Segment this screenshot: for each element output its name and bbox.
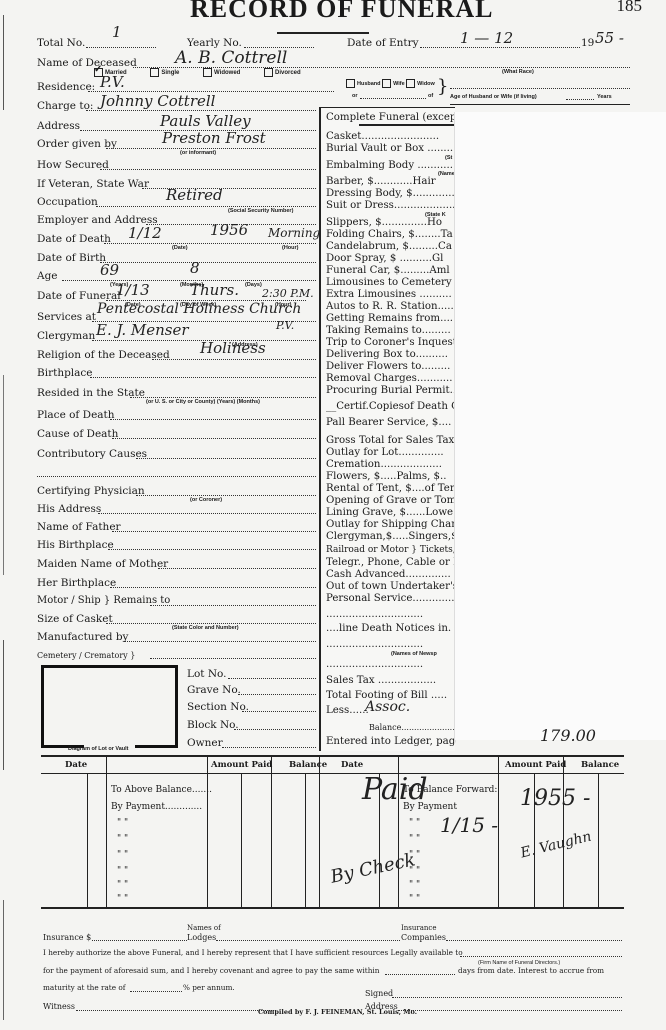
age-months-value[interactable]: 8 xyxy=(190,261,200,276)
ledger-right-amount-header: Amount Paid xyxy=(505,760,566,770)
charge-cash-advanced: Cash Advanced.............. xyxy=(326,569,456,581)
informant-hint: (or informant) xyxy=(180,150,216,156)
charge-autos-station: Autos to R. R. Station..... xyxy=(326,301,456,313)
residence-label: Residence: xyxy=(37,81,95,93)
checkbox-divorced[interactable] xyxy=(264,68,273,77)
owner-line xyxy=(222,747,316,748)
charge-coroner-trip: Trip to Coroner's Inquest . xyxy=(326,337,456,349)
or-line xyxy=(360,98,426,99)
checkbox-widowed[interactable] xyxy=(203,68,212,77)
ledger-left-row-7: " " xyxy=(117,880,128,890)
age-spouse-line xyxy=(566,99,594,100)
charge-out-of-town: Out of town Undertaker's xyxy=(326,581,456,593)
birthplace-line xyxy=(90,377,316,378)
charge-delivering-box: Delivering Box to.......... xyxy=(326,349,456,361)
charge-flowers-palms: Flowers, $.....Palms, $.. xyxy=(326,471,456,483)
age-label: Age xyxy=(37,270,58,282)
charge-barber: Barber, $............Hair xyxy=(326,176,456,188)
date-of-entry-label: Date of Entry xyxy=(347,37,419,49)
clergyman-value[interactable]: E. J. Menser xyxy=(96,323,189,338)
marital-status-group: Married Single Widowed Divorced xyxy=(94,68,323,77)
charge-to-value[interactable]: Johnny Cottrell xyxy=(100,94,215,109)
ledger-left-row-3: " " xyxy=(117,818,128,828)
date-hint: (Date) xyxy=(172,245,188,251)
paid-date-annotation: 1/15 - xyxy=(440,815,498,835)
lot-diagram-caption: Diagram of Lot or Vault xyxy=(68,746,129,752)
charge-burial-permit: Procuring Burial Permit... xyxy=(326,385,456,397)
lot-diagram-box xyxy=(41,665,178,748)
newspapers-hint: (Names of Newsp xyxy=(391,651,437,657)
charge-personal-service: Personal Service............. xyxy=(326,593,456,605)
section-no-label: Section No. xyxy=(187,701,249,713)
clergyman-address-value[interactable]: P.V. xyxy=(276,318,294,333)
name-hint: (Name xyxy=(438,171,455,177)
ledger-left-row-5: " " xyxy=(117,850,128,860)
certifying-physician-label: Certifying Physician xyxy=(37,485,145,497)
address-value[interactable]: Pauls Valley xyxy=(160,114,251,129)
funeral-day-value[interactable]: Thurs. xyxy=(190,283,239,298)
charge-rental-tent: Rental of Tent, $....of Ter xyxy=(326,483,456,495)
resided-label: Resided in the State xyxy=(37,387,145,399)
hour-hint: (Hour) xyxy=(282,245,299,251)
religion-label: Religion of the Deceased xyxy=(37,349,170,361)
remains-to-line xyxy=(150,605,316,606)
charge-limousines-cemetery: Limousines to Cemetery ... xyxy=(326,277,456,289)
charge-funeral-car: Funeral Car, $.........Aml xyxy=(326,265,456,277)
contributory-causes-line xyxy=(136,458,316,459)
clergyman-label: Clergyman xyxy=(37,330,95,342)
years-label: Years xyxy=(597,94,612,100)
his-address-line xyxy=(98,513,316,514)
charge-gross-total: Gross Total for Sales Tax.. xyxy=(326,435,456,447)
her-birthplace-line xyxy=(110,587,316,588)
maturity-text: maturity at the rate of xyxy=(43,983,125,992)
ledger-left-row-2: By Payment............. xyxy=(111,802,202,812)
ledger-left-row-1: To Above Balance....... xyxy=(111,785,212,795)
signed-line[interactable] xyxy=(392,997,622,998)
date-of-death-line xyxy=(104,243,316,244)
charge-folding-chairs: Folding Chairs, $........Ta xyxy=(326,229,456,241)
ledger-left-amount-header: Amount Paid xyxy=(211,760,272,770)
document-title: RECORD OF FUNERAL xyxy=(190,0,493,24)
name-of-deceased-value[interactable]: A. B. Cottrell xyxy=(175,51,287,66)
binding-mark xyxy=(3,640,4,770)
veteran-label: If Veteran, State War xyxy=(37,178,149,190)
date-of-death-year[interactable]: 1956 xyxy=(210,223,248,238)
religion-value[interactable]: Holiness xyxy=(200,341,266,356)
charge-opening-grave: Opening of Grave or Tomb xyxy=(326,495,456,507)
age-line xyxy=(62,280,316,281)
charge-shipping: Outlay for Shipping Charge xyxy=(326,519,456,531)
lodges-label: Lodges xyxy=(187,933,216,942)
authorize-text: I hereby authorize the above Funeral, an… xyxy=(43,948,463,957)
year-value[interactable]: 55 - xyxy=(595,31,624,46)
total-no-line xyxy=(86,47,156,48)
payment-text: for the payment of aforesaid sum, and I … xyxy=(43,966,379,975)
witness-line[interactable] xyxy=(76,1010,276,1011)
grave-no-label: Grave No. xyxy=(187,684,241,696)
coroner-hint: (or Coroner) xyxy=(190,497,222,503)
charge-blank-1: .............................. xyxy=(326,609,456,621)
cause-of-death-line xyxy=(112,438,316,439)
charge-death-certificates: __Certif.Copiesof Death Ce xyxy=(326,401,456,413)
date-of-death-label: Date of Death xyxy=(37,233,111,245)
witness-label: Witness xyxy=(43,1002,75,1011)
compiled-by: Compiled by F. J. FEINEMAN, St. Louis, M… xyxy=(258,1008,417,1016)
days-line xyxy=(385,974,455,975)
name-of-father-line xyxy=(112,531,316,532)
charge-clergyman-singers: Clergyman,$.....Singers,$ xyxy=(326,531,456,543)
cemetery-line xyxy=(150,658,316,659)
charge-blank-3: .............................. xyxy=(326,659,456,671)
funeral-date-value[interactable]: 1/13 xyxy=(116,283,150,298)
charge-tickets: Railroad or Motor } Tickets, $....... xyxy=(326,544,456,556)
lot-no-label: Lot No. xyxy=(187,668,227,680)
page-number: 185 xyxy=(617,0,643,16)
ledger-left-row-6: " " xyxy=(117,866,128,876)
state-k-hint: (State K xyxy=(425,212,446,218)
cemetery-label: Cemetery / Crematory } xyxy=(37,650,135,662)
maiden-name-line xyxy=(158,568,316,569)
manufactured-by-line xyxy=(124,641,316,642)
her-birthplace-label: Her Birthplace xyxy=(37,577,116,589)
birthplace-label: Birthplace xyxy=(37,367,93,379)
brace: } xyxy=(437,78,448,96)
charge-removal: Removal Charges........... xyxy=(326,373,456,385)
ledger-right-row-8: " " xyxy=(409,894,420,904)
charge-to-label: Charge to: xyxy=(37,100,93,112)
occupation-line xyxy=(96,206,316,207)
or-label: or xyxy=(352,93,358,99)
his-birthplace-line xyxy=(108,549,316,550)
charge-death-notices: ....line Death Notices in. xyxy=(326,623,456,635)
what-race-hint: (What Race) xyxy=(502,69,534,75)
age-spouse-label: Age of Husband or Wife (if living) xyxy=(450,94,537,100)
charge-slippers: Slippers, $..............Ho xyxy=(326,217,456,229)
ledger-left-row-4: " " xyxy=(117,834,128,844)
title-underline xyxy=(277,32,369,34)
total-no-value[interactable]: 1 xyxy=(112,25,122,40)
grave-no-line xyxy=(238,694,316,695)
binding-mark xyxy=(3,15,4,110)
block-no-line xyxy=(234,729,316,730)
date-of-entry-value[interactable]: 1 — 12 xyxy=(460,31,513,46)
his-birthplace-label: His Birthplace xyxy=(37,539,114,551)
date-of-birth-label: Date of Birth xyxy=(37,252,106,264)
less-value[interactable]: Assoc. xyxy=(365,700,410,715)
of-label: of xyxy=(428,93,433,99)
cause-of-death-label: Cause of Death xyxy=(37,428,118,440)
charge-entered-ledger: Entered into Ledger, page.......or below… xyxy=(326,736,456,748)
paid-amount-annotation: 1955 - xyxy=(520,788,590,810)
date-of-birth-line xyxy=(100,262,316,263)
charge-blank-2: .............................. xyxy=(326,639,456,651)
ledger-left: Date Amount Paid Balance To Above Balanc… xyxy=(41,755,319,909)
marital-divorced[interactable]: Divorced xyxy=(264,70,301,76)
occupation-label: Occupation xyxy=(37,196,98,208)
size-of-casket-label: Size of Casket xyxy=(37,613,113,625)
spouse-rule xyxy=(450,104,630,105)
charge-candelabrum: Candelabrum, $.........Ca xyxy=(326,241,456,253)
contributory-causes-label: Contributory Causes xyxy=(37,448,147,460)
rate-line xyxy=(130,991,182,992)
funeral-hour-value[interactable]: 2:30 P.M. xyxy=(262,286,314,301)
marital-single[interactable]: Single xyxy=(150,70,179,76)
state-hint: (St xyxy=(445,155,452,161)
charge-pall-bearer: Pall Bearer Service, $.... U xyxy=(326,417,456,429)
balance-value[interactable]: 179.00 xyxy=(540,728,596,743)
charge-to-line xyxy=(86,110,316,111)
spouse-name-line xyxy=(450,88,630,89)
checkbox-single[interactable] xyxy=(150,68,159,77)
date-of-entry-line xyxy=(420,47,580,48)
resided-line xyxy=(130,397,316,398)
charge-cremation: Cremation................... xyxy=(326,459,456,471)
address-line-footer[interactable] xyxy=(398,1010,622,1011)
size-of-casket-line xyxy=(106,623,316,624)
religion-line xyxy=(152,359,316,360)
total-no-label: Total No. xyxy=(37,37,85,49)
lodges-line xyxy=(216,940,400,941)
lodges-label-top: Names of xyxy=(187,924,221,932)
charge-dressing-body: Dressing Body, $............... xyxy=(326,188,456,200)
firm-name-line xyxy=(460,956,622,957)
charge-extra-limousines: Extra Limousines .......... xyxy=(326,289,456,301)
days-text: days from date. Interest to accrue from xyxy=(458,966,604,975)
charge-telegram: Telegr., Phone, Cable or Ra xyxy=(326,557,456,569)
order-given-by-label: Order given by xyxy=(37,138,117,150)
ledger-right-date-header: Date xyxy=(341,760,363,770)
days-hint: (Days) xyxy=(245,282,262,288)
companies-label: Companies xyxy=(401,933,446,942)
age-years-value[interactable]: 69 xyxy=(100,263,119,278)
occupation-value[interactable]: Retired xyxy=(166,188,223,203)
percent-text: % per annum. xyxy=(183,983,235,992)
section-no-line xyxy=(242,711,316,712)
contributory-causes-line-2 xyxy=(37,476,316,477)
signed-label: Signed xyxy=(365,989,393,998)
his-address-label: His Address xyxy=(37,503,101,515)
charge-outlay-lot: Outlay for Lot.............. xyxy=(326,447,456,459)
insurance-label: Insurance $ xyxy=(43,933,91,942)
ledger-right-row-4: " " xyxy=(409,834,420,844)
checkbox-husband[interactable] xyxy=(346,79,355,88)
charge-door-spray: Door Spray, $ ..........Gl xyxy=(326,253,456,265)
certifying-physician-line xyxy=(136,495,316,496)
binding-mark xyxy=(3,375,4,575)
order-given-by-value[interactable]: Preston Frost xyxy=(162,131,266,146)
charge-getting-remains: Getting Remains from..... xyxy=(326,313,456,325)
companies-line xyxy=(446,940,622,941)
ledger-left-date-header: Date xyxy=(65,760,87,770)
checkbox-wife[interactable] xyxy=(382,79,391,88)
maiden-name-label: Maiden Name of Mother xyxy=(37,558,168,570)
marital-widowed[interactable]: Widowed xyxy=(203,70,240,76)
ledger-right-row-7: " " xyxy=(409,880,420,890)
ledger-right-row-3: " " xyxy=(409,818,420,828)
lot-no-line xyxy=(228,678,316,679)
address-label: Address xyxy=(37,120,80,132)
paid-annotation: Paid xyxy=(362,775,428,805)
owner-label: Owner xyxy=(187,737,223,749)
ledger-right-balance-header: Balance xyxy=(581,760,619,770)
charges-column: Complete Funeral (except ou Casket......… xyxy=(319,107,455,751)
charge-embalming: Embalming Body .............. xyxy=(326,160,456,172)
place-of-death-line xyxy=(110,419,316,420)
residence-value[interactable]: P.V. xyxy=(100,75,125,90)
blank-area xyxy=(455,112,666,740)
charge-sales-tax: Sales Tax .................. xyxy=(326,675,456,687)
services-at-value[interactable]: Pentecostal Holiness Church xyxy=(97,302,301,317)
resided-hint: (or U. S. or City or County) (Years) (Mo… xyxy=(146,399,260,405)
companies-label-top: Insurance xyxy=(401,924,436,932)
binding-mark xyxy=(3,900,4,1020)
charge-burial-vault: Burial Vault or Box ......... xyxy=(326,143,456,155)
how-secured-label: How Secured xyxy=(37,159,109,171)
casket-hint: (State Color and Number) xyxy=(172,625,239,631)
charge-suit-or-dress: Suit or Dress................... xyxy=(326,200,456,212)
charge-underline xyxy=(359,124,455,126)
checkbox-widow[interactable] xyxy=(406,79,415,88)
manufactured-by-label: Manufactured by xyxy=(37,631,129,643)
order-given-by-line xyxy=(106,148,316,149)
block-no-label: Block No. xyxy=(187,719,239,731)
social-security-hint: (Social Security Number) xyxy=(228,208,293,214)
charge-taking-remains: Taking Remains to......... xyxy=(326,325,456,337)
date-of-death-value[interactable]: 1/12 xyxy=(128,226,162,241)
insurance-line xyxy=(92,940,187,941)
charge-complete-funeral: Complete Funeral (except ou xyxy=(326,112,456,124)
charge-deliver-flowers: Deliver Flowers to......... xyxy=(326,361,456,373)
services-at-label: Services at xyxy=(37,311,96,323)
charge-casket: Casket........................ xyxy=(326,131,456,143)
ledger-left-row-8: " " xyxy=(117,894,128,904)
year-prefix: 19 xyxy=(581,37,594,49)
spouse-checkbox-group: Husband Wife Widow xyxy=(346,79,435,88)
charge-lining-grave: Lining Grave, $......Lowe xyxy=(326,507,456,519)
date-of-death-hour[interactable]: Morning xyxy=(268,226,320,241)
name-of-father-label: Name of Father xyxy=(37,521,121,533)
place-of-death-label: Place of Death xyxy=(37,409,115,421)
how-secured-line xyxy=(100,169,316,170)
